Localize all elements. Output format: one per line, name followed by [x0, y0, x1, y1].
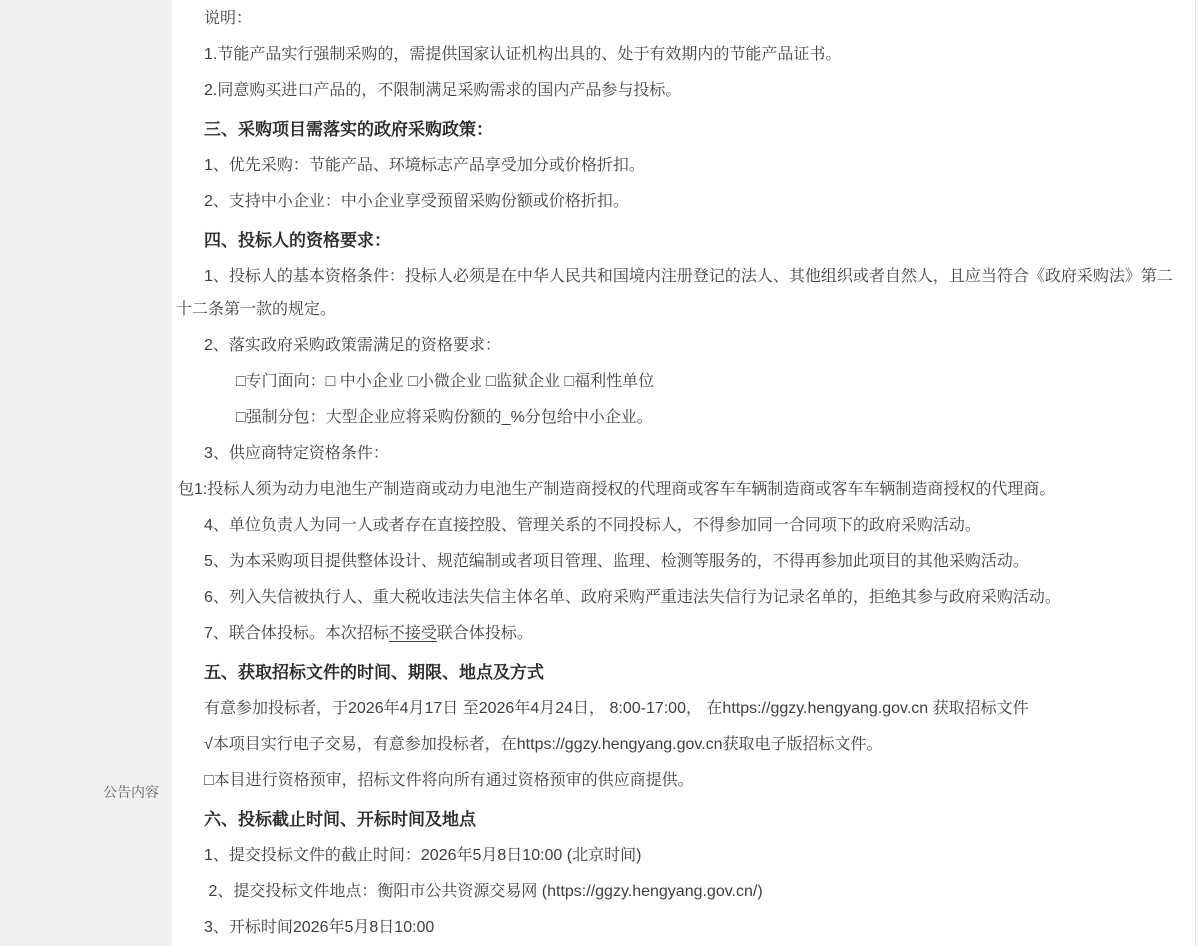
text-run: 6、列入失信被执行人、重大税收违法失信主体名单、政府采购严重违法失信行为记录名单… — [204, 589, 1061, 606]
section-heading: 四、投标人的资格要求： — [176, 224, 1181, 257]
text-run: 1、投标人的基本资格条件：投标人必须是在中华人民共和国境内注册登记的法人、其他组… — [176, 268, 1173, 318]
text-run: □强制分包：大型企业应将采购份额的_%分包给中小企业。 — [236, 409, 653, 426]
text-run: 4、单位负责人为同一人或者存在直接控股、管理关系的不同投标人，不得参加同一合同项… — [204, 517, 981, 534]
text-run: 3、供应商特定资格条件： — [204, 445, 389, 462]
announcement-paragraph: 有意参加投标者，于2026年4月17日 至2026年4月24日， 8:00-17… — [176, 692, 1181, 725]
text-run: 三、采购项目需落实的政府采购政策： — [204, 120, 493, 139]
text-run: 有意参加投标者，于2026年4月17日 至2026年4月24日， 8:00-17… — [204, 700, 1029, 717]
announcement-paragraph: 6、列入失信被执行人、重大税收违法失信主体名单、政府采购严重违法失信行为记录名单… — [176, 581, 1181, 614]
text-run: □专门面向：□ 中小企业 □小微企业 □监狱企业 □福利性单位 — [236, 373, 654, 390]
announcement-paragraph: 包1:投标人须为动力电池生产制造商或动力电池生产制造商授权的代理商或客车车辆制造… — [176, 473, 1181, 506]
announcement-paragraph: 1、优先采购：节能产品、环境标志产品享受加分或价格折扣。 — [176, 149, 1181, 182]
announcement-paragraph: 说明： — [176, 2, 1181, 35]
announcement-paragraph: □本目进行资格预审，招标文件将向所有通过资格预审的供应商提供。 — [176, 764, 1181, 797]
text-run: 五、获取招标文件的时间、期限、地点及方式 — [204, 663, 544, 682]
text-run: √本项目实行电子交易，有意参加投标者，在https://ggzy.hengyan… — [204, 736, 883, 753]
text-run: 3、开标时间2026年5月8日10:00 — [204, 919, 434, 936]
text-run: 7、联合体投标。本次招标 — [204, 625, 389, 642]
text-run: 1.节能产品实行强制采购的，需提供国家认证机构出具的、处于有效期内的节能产品证书… — [204, 46, 841, 63]
text-run: 包1:投标人须为动力电池生产制造商或动力电池生产制造商授权的代理商或客车车辆制造… — [178, 481, 1055, 498]
announcement-paragraph: 3、供应商特定资格条件： — [176, 437, 1181, 470]
section-heading: 五、获取招标文件的时间、期限、地点及方式 — [176, 656, 1181, 689]
underlined-text: 不接受 — [389, 625, 437, 642]
text-run: 六、投标截止时间、开标时间及地点 — [204, 810, 476, 829]
text-run: □本目进行资格预审，招标文件将向所有通过资格预审的供应商提供。 — [204, 772, 694, 789]
text-run: 2.同意购买进口产品的，不限制满足采购需求的国内产品参与投标。 — [204, 82, 681, 99]
announcement-paragraph: 7、联合体投标。本次招标不接受联合体投标。 — [176, 617, 1181, 650]
text-run: 说明： — [204, 10, 252, 27]
announcement-paragraph: □强制分包：大型企业应将采购份额的_%分包给中小企业。 — [176, 401, 1181, 434]
text-run: 2、落实政府采购政策需满足的资格要求： — [204, 337, 501, 354]
text-run: 2、支持中小企业：中小企业享受预留采购份额或价格折扣。 — [204, 193, 629, 210]
announcement-paragraph: 1、投标人的基本资格条件：投标人必须是在中华人民共和国境内注册登记的法人、其他组… — [176, 260, 1181, 326]
text-run: 联合体投标。 — [437, 625, 533, 642]
announcement-paragraph: 1.节能产品实行强制采购的，需提供国家认证机构出具的、处于有效期内的节能产品证书… — [176, 38, 1181, 71]
announcement-paragraph: √本项目实行电子交易，有意参加投标者，在https://ggzy.hengyan… — [176, 728, 1181, 761]
announcement-content-label: 公告内容 — [103, 782, 159, 802]
announcement-paragraph: 2.同意购买进口产品的，不限制满足采购需求的国内产品参与投标。 — [176, 74, 1181, 107]
announcement-paragraph: 4、单位负责人为同一人或者存在直接控股、管理关系的不同投标人，不得参加同一合同项… — [176, 509, 1181, 542]
announcement-paragraph: □专门面向：□ 中小企业 □小微企业 □监狱企业 □福利性单位 — [176, 365, 1181, 398]
text-run: 四、投标人的资格要求： — [204, 231, 391, 250]
announcement-paragraph: 3、开标时间2026年5月8日10:00 — [176, 911, 1181, 944]
announcement-paragraph: 2、提交投标文件地点：衡阳市公共资源交易网 (https://ggzy.heng… — [176, 875, 1181, 908]
procurement-announcement-page: { "colors": { "sidebar_bg": "#f0f0f0", "… — [0, 0, 1199, 946]
announcement-paragraph: 5、为本采购项目提供整体设计、规范编制或者项目管理、监理、检测等服务的，不得再参… — [176, 545, 1181, 578]
announcement-paragraph: 2、落实政府采购政策需满足的资格要求： — [176, 329, 1181, 362]
section-heading: 六、投标截止时间、开标时间及地点 — [176, 803, 1181, 836]
announcement-paragraph: 2、支持中小企业：中小企业享受预留采购份额或价格折扣。 — [176, 185, 1181, 218]
text-run: 1、提交投标文件的截止时间：2026年5月8日10:00 (北京时间) — [204, 847, 641, 864]
form-label-column: 公告内容 — [0, 0, 172, 946]
text-run: 1、优先采购：节能产品、环境标志产品享受加分或价格折扣。 — [204, 157, 645, 174]
text-run: 5、为本采购项目提供整体设计、规范编制或者项目管理、监理、检测等服务的，不得再参… — [204, 553, 1029, 570]
announcement-paragraph: 1、提交投标文件的截止时间：2026年5月8日10:00 (北京时间) — [176, 839, 1181, 872]
announcement-content-area: 说明：1.节能产品实行强制采购的，需提供国家认证机构出具的、处于有效期内的节能产… — [172, 0, 1196, 946]
section-heading: 三、采购项目需落实的政府采购政策： — [176, 113, 1181, 146]
text-run: 2、提交投标文件地点：衡阳市公共资源交易网 (https://ggzy.heng… — [204, 883, 763, 900]
